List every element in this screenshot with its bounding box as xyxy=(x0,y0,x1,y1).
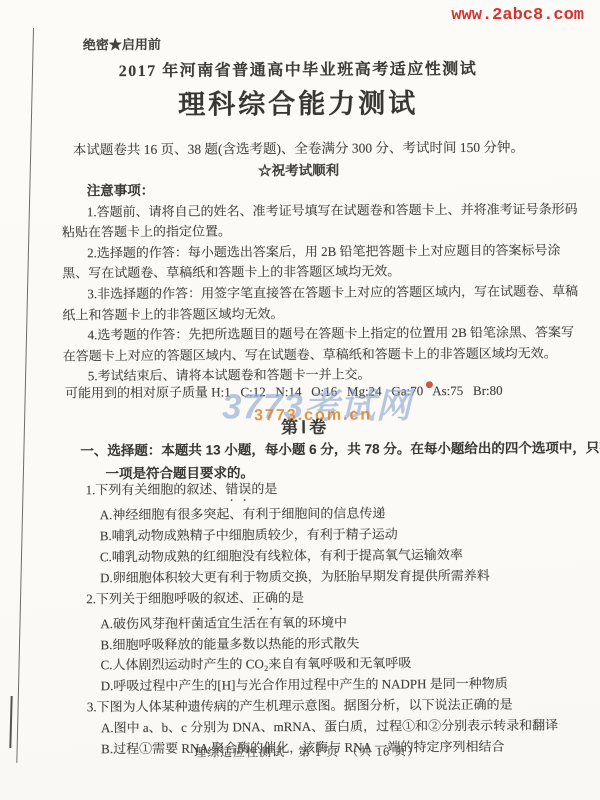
notice-item-4-line-1: 4.选考题的作答：先把所选题目的题号在答题卡上指定的位置用 2B 铅笔涂黑、答案… xyxy=(63,323,553,347)
exam-title: 2017 年河南省普通高中毕业班高考适应性测试 xyxy=(0,55,598,82)
page-content: 绝密★启用前 2017 年河南省普通高中毕业班高考适应性测试 理科综合能力测试 … xyxy=(0,0,600,800)
notice-section: 注意事项： 1.答题前、请将自己的姓名、准考证号填写在试题卷和答题卡上、并将准考… xyxy=(62,178,553,387)
subject-title: 理科综合能力测试 xyxy=(0,80,598,123)
question-2-stem-emphasis: 正确 xyxy=(252,590,278,605)
question-2-stem-post: 的是 xyxy=(278,590,304,605)
exam-info-line: 本试题卷共 16 页、38 题(含选考题)、全卷满分 300 分、考试时间 15… xyxy=(0,135,599,159)
notice-item-2-line-1: 2.选择题的作答：每小题选出答案后，用 2B 铅笔把答题卡上对应题目的答案标号涂 xyxy=(62,240,552,264)
atomic-mass-line: 可能用到的相对原子质量 H:1 C:12 N:14 O:16 Mg:24 Ga:… xyxy=(65,380,503,402)
section-heading-line-1: 一、选择题：本题共 13 小题，每小题 6 分，共 78 分。在每小题给出的四个… xyxy=(80,436,560,462)
page-footer: 理综适应性测试 第 1 页 （共 16 页） xyxy=(2,741,600,762)
scanned-exam-page: www.2abc8.com 绝密★启用前 2017 年河南省普通高中毕业班高考适… xyxy=(0,0,600,800)
question-1-stem-emphasis: 错误 xyxy=(225,481,251,496)
question-1-option-c: C.哺乳动物成熟的红细胞没有线粒体，有利于提高氧气运输效率 xyxy=(86,544,566,568)
question-1-option-a: A.神经细胞有很多突起、有利于细胞间的信息传递 xyxy=(86,502,566,526)
question-2-option-d: D.呼吸过程中产生的[H]与光合作用过程中产生的 NADPH 是同一种物质 xyxy=(87,674,567,698)
question-2-stem-pre: 2.下列关于细胞呼吸的叙述、 xyxy=(86,590,252,606)
watermark-red-dot-icon xyxy=(426,381,433,388)
classification-label: 绝密★启用前 xyxy=(83,34,161,53)
notice-item-1-line-1: 1.答题前、请将自己的姓名、准考证号填写在试题卷和答题卡上、并将准考证号条形码 xyxy=(62,199,552,223)
question-1-stem-post: 的是 xyxy=(251,481,277,496)
question-1-option-b: B.哺乳动物成熟精子中细胞质较少，有利于精子运动 xyxy=(86,523,566,547)
question-2-option-a: A.破伤风芽孢杆菌适宜生活在有氧的环境中 xyxy=(86,611,566,635)
question-1-stem: 1.下列有关细胞的叙述、错误的是 xyxy=(85,477,565,505)
volume-heading: 第Ⅰ卷 xyxy=(0,411,600,440)
questions-block: 1.下列有关细胞的叙述、错误的是 A.神经细胞有很多突起、有利于细胞间的信息传递… xyxy=(85,477,567,760)
question-2-stem: 2.下列关于细胞呼吸的叙述、正确的是 xyxy=(86,586,566,614)
question-1-option-d: D.卵细胞体积较大更有利于物质交换，为胚胎早期发育提供所需养料 xyxy=(86,565,566,589)
notice-item-3-line-1: 3.非选择题的作答：用签字笔直接答在答题卡上对应的答题区域内，写在试题卷、草稿 xyxy=(62,281,552,305)
question-3-option-a: A.图中 a、b、c 分别为 DNA、mRNA、蛋白质，过程①和②分别表示转录和… xyxy=(87,716,567,740)
question-1-stem-pre: 1.下列有关细胞的叙述、 xyxy=(85,481,225,497)
notice-item-4-line-2: 在答题卡上对应的答题区域内、写在试题卷、草稿纸和答题卡上的非答题区域均无效。 xyxy=(63,343,553,367)
question-3-stem: 3.下图为人体某种遗传病的产生机理示意图。据图分析，以下说法正确的是 xyxy=(87,695,567,719)
exam-wish-line: ☆祝考试顺利 xyxy=(0,157,599,181)
question-2-option-c: C.人体剧烈运动时产生的 CO₂来自有氧呼吸和无氧呼吸 xyxy=(87,653,567,677)
question-3-stem-pre: 3.下图为人体某种遗传病的产生机理示意图。据图分析，以下说法正确的是 xyxy=(87,697,513,715)
question-2-option-b: B.细胞呼吸释放的能量多数以热能的形式散失 xyxy=(86,632,566,656)
